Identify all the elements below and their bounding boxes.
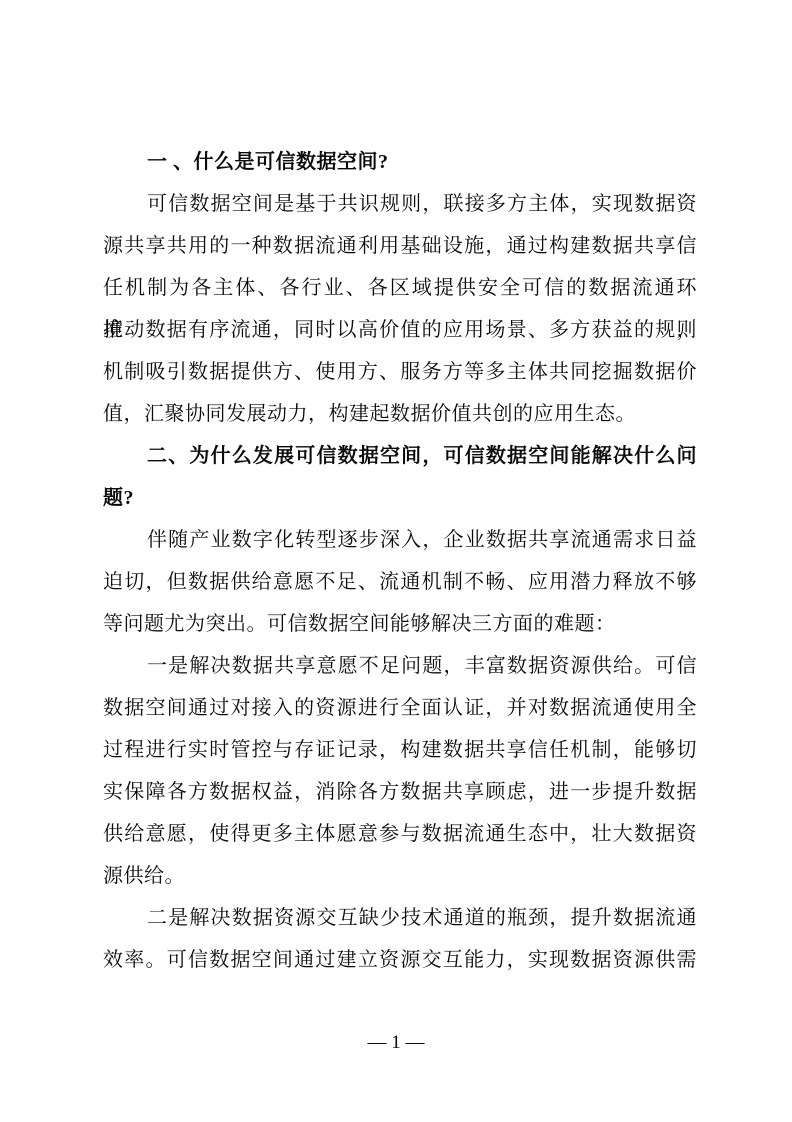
paragraph-2-line-3: 等问题尤为突出。可信数据空间能够解决三方面的难题： <box>103 603 697 645</box>
paragraph-4-line-1: 二是解决数据资源交互缺少技术通道的瓶颈，提升数据流通 <box>103 897 697 939</box>
paragraph-1-line-4: 推动数据有序流通，同时以高价值的应用场景、多方获益的规则 <box>103 309 697 351</box>
paragraph-3-line-5: 供给意愿，使得更多主体愿意参与数据流通生态中，壮大数据资 <box>103 813 697 855</box>
heading-1: 一 、什么是可信数据空间? <box>103 141 697 183</box>
paragraph-1-line-5: 机制吸引数据提供方、使用方、服务方等多主体共同挖掘数据价 <box>103 351 697 393</box>
document-body: 一 、什么是可信数据空间? 可信数据空间是基于共识规则，联接多方主体，实现数据资… <box>103 141 697 981</box>
document-page: 一 、什么是可信数据空间? 可信数据空间是基于共识规则，联接多方主体，实现数据资… <box>0 0 792 1122</box>
paragraph-1-line-2: 源共享共用的一种数据流通利用基础设施，通过构建数据共享信 <box>103 225 697 267</box>
paragraph-4-line-2: 效率。可信数据空间通过建立资源交互能力，实现数据资源供需 <box>103 939 697 981</box>
paragraph-1-line-3: 任机制为各主体、各行业、各区域提供安全可信的数据流通环境， <box>103 267 697 309</box>
paragraph-2-line-2: 迫切，但数据供给意愿不足、流通机制不畅、应用潜力释放不够 <box>103 561 697 603</box>
heading-2-line-2: 题? <box>103 477 697 519</box>
paragraph-2-line-1: 伴随产业数字化转型逐步深入，企业数据共享流通需求日益 <box>103 519 697 561</box>
paragraph-1-line-6: 值，汇聚协同发展动力，构建起数据价值共创的应用生态。 <box>103 393 697 435</box>
page-number: — 1 — <box>0 1028 792 1058</box>
paragraph-3-line-1: 一是解决数据共享意愿不足问题，丰富数据资源供给。可信 <box>103 645 697 687</box>
paragraph-3-line-3: 过程进行实时管控与存证记录，构建数据共享信任机制，能够切 <box>103 729 697 771</box>
paragraph-3-line-4: 实保障各方数据权益，消除各方数据共享顾虑，进一步提升数据 <box>103 771 697 813</box>
paragraph-3-line-6: 源供给。 <box>103 855 697 897</box>
heading-2-line-1: 二、为什么发展可信数据空间，可信数据空间能解决什么问 <box>103 435 697 477</box>
paragraph-1-line-1: 可信数据空间是基于共识规则，联接多方主体，实现数据资 <box>103 183 697 225</box>
paragraph-3-line-2: 数据空间通过对接入的资源进行全面认证，并对数据流通使用全 <box>103 687 697 729</box>
